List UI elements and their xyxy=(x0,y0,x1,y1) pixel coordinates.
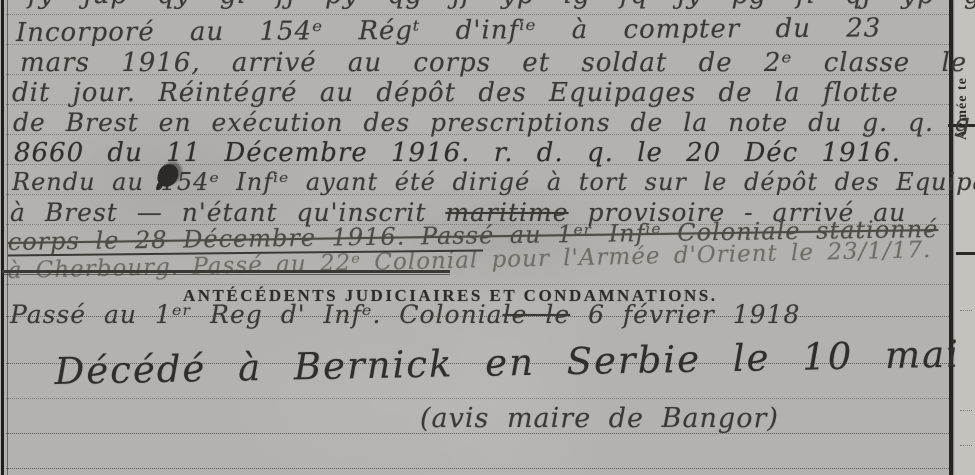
handwritten-line-annotation: (avis maire de Bangor) xyxy=(420,403,779,434)
left-page-border xyxy=(1,0,4,475)
handwritten-line-clipped: fy jup qy gl fj py qg jf yp lg fq jy pg … xyxy=(28,0,975,10)
margin-tick-mark xyxy=(956,252,975,255)
handwritten-line: Rendu au 154ᵉ Infⁱᵉ ayant été dirigé à t… xyxy=(12,168,975,196)
scanned-register-page: Armée te fy jup qy gl fj py qg jf yp lg … xyxy=(0,0,975,475)
handwritten-line: 8660 du 11 Décembre 1916. r. d. q. le 20… xyxy=(14,138,901,168)
handwritten-line: dit jour. Réintégré au dépôt des Equipag… xyxy=(12,78,899,108)
strike-mark xyxy=(2,270,450,273)
ruled-line xyxy=(6,284,949,285)
handwritten-line: Passé au 1ᵉʳ Reg d' Infᵉ. Coloniale le 6… xyxy=(10,300,800,329)
struck-word: le le xyxy=(503,300,571,329)
margin-dash xyxy=(960,410,972,411)
ruled-line xyxy=(6,398,949,399)
strike-mark xyxy=(2,274,450,275)
ruled-line xyxy=(6,468,949,469)
handwritten-line-death-record: Décédé à Bernick en Serbie le 10 mai 191… xyxy=(54,330,975,393)
handwritten-line: Incorporé au 154ᵉ Régᵗ d'infⁱᵉ à compter… xyxy=(16,13,882,48)
margin-dash xyxy=(960,310,972,311)
handwritten-line: mars 1916, arrivé au corps et soldat de … xyxy=(20,48,967,78)
line-segment: Passé au 1ᵉʳ Reg d' Infᵉ. Colonia xyxy=(10,300,503,329)
handwritten-line: de Brest en exécution des prescriptions … xyxy=(13,108,975,137)
margin-dash xyxy=(960,445,972,446)
line-segment: 6 février 1918 xyxy=(570,300,800,329)
